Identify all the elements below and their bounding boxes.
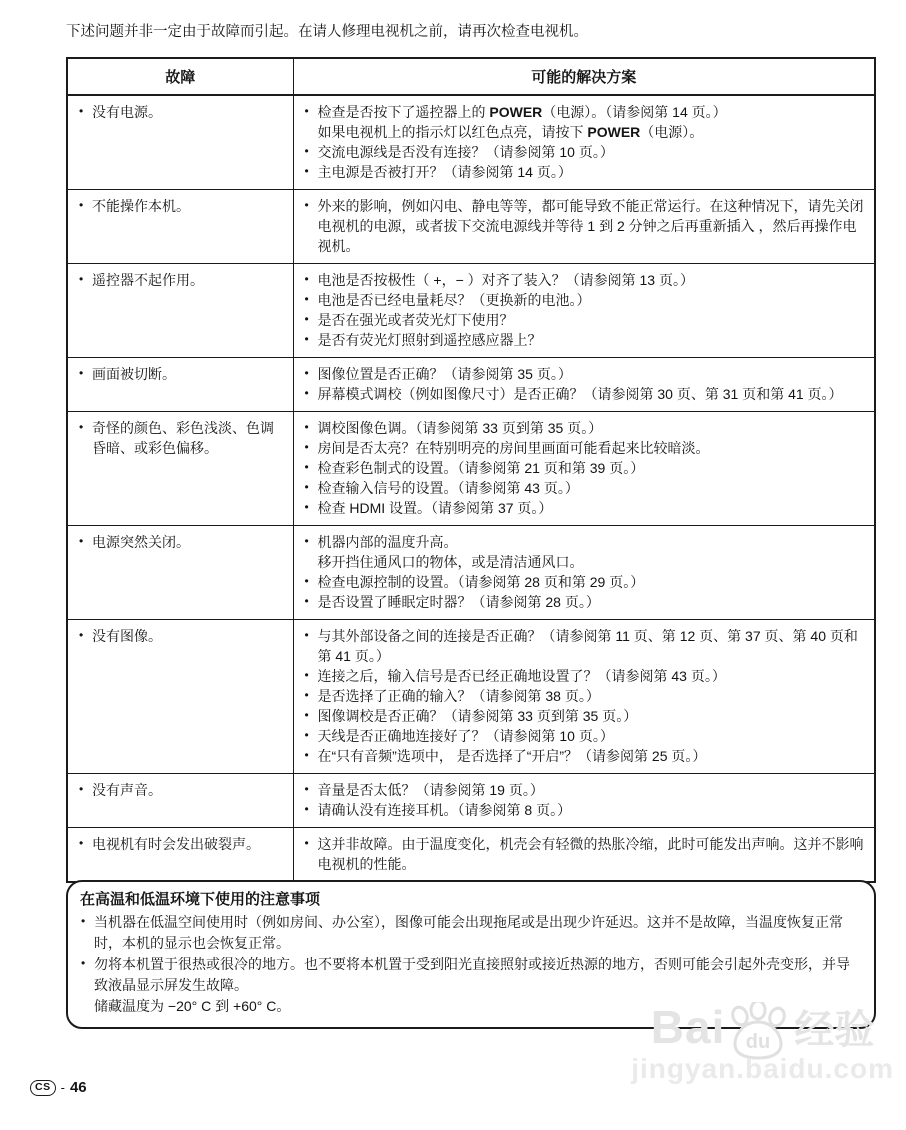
solutions-cell: •图像位置是否正确？（请参阅第 35 页。）•屏幕模式调校（例如图像尺寸）是否正… [293,358,875,412]
list-item: •图像调校是否正确？（请参阅第 33 页到第 35 页。） [304,706,867,726]
bullet-marker: • [79,101,83,121]
text-segment: 电池是否按极性（ +，− ）对齐了装入？（请参阅第 13 页。） [318,272,694,288]
solutions-cell: •检查是否按下了遥控器上的 POWER（电源）。（请参阅第 14 页。） 如果电… [293,95,875,190]
list-item: •天线是否正确地连接好了？（请参阅第 10 页。） [304,726,867,746]
watermark-brand-text: Bai [651,1000,726,1054]
bullet-marker: • [305,833,309,853]
text-segment: 图像调校是否正确？（请参阅第 33 页到第 35 页。） [318,708,638,724]
text-segment: 是否有荧光灯照射到遥控感应器上？ [318,332,542,348]
bullet-marker: • [305,625,309,645]
bullet-marker: • [305,725,309,745]
bullet-marker: • [305,161,309,181]
fault-text: 画面被切断。 [92,366,176,382]
footer-separator: - [61,1080,65,1095]
table-row: •电视机有时会发出破裂声。•这并非故障。由于温度变化，机壳会有轻微的热胀冷缩，此… [67,828,875,883]
text-segment: 图像位置是否正确？（请参阅第 35 页。） [318,366,572,382]
solutions-cell: •与其外部设备之间的连接是否正确？（请参阅第 11 页、第 12 页、第 37 … [293,620,875,774]
list-item: •电视机有时会发出破裂声。 [78,834,285,854]
text-segment: 是否设置了睡眠定时器？（请参阅第 28 页。） [318,594,600,610]
table-row: •奇怪的颜色、彩色浅淡、色调昏暗、或彩色偏移。•调校图像色调。（请参阅第 33 … [67,412,875,526]
fault-cell: •电源突然关闭。 [67,526,293,620]
solutions-cell: •音量是否太低？（请参阅第 19 页。）•请确认没有连接耳机。（请参阅第 8 页… [293,774,875,828]
text-segment: 是否在强光或者荧光灯下使用？ [318,312,514,328]
bullet-marker: • [305,571,309,591]
bullet-marker: • [305,195,309,215]
list-item: •检查 HDMI 设置。（请参阅第 37 页。） [304,498,867,518]
solutions-cell: •这并非故障。由于温度变化，机壳会有轻微的热胀冷缩，此时可能发出声响。这并不影响… [293,828,875,883]
bullet-marker: • [79,269,83,289]
text-segment: 音量是否太低？（请参阅第 19 页。） [318,782,544,798]
text-segment: 检查输入信号的设置。（请参阅第 43 页。） [318,480,579,496]
list-item: •当机器在低温空间使用时（例如房间、办公室），图像可能会出现拖尾或是出现少许延迟… [80,912,860,954]
list-item: •图像位置是否正确？（请参阅第 35 页。） [304,364,867,384]
fault-cell: •不能操作本机。 [67,190,293,264]
fault-text: 没有图像。 [92,628,162,644]
text-segment: （电源）。 [640,124,703,140]
fault-text: 电源突然关闭。 [92,534,190,550]
list-item: •是否有荧光灯照射到遥控感应器上？ [304,330,867,350]
table-row: •画面被切断。•图像位置是否正确？（请参阅第 35 页。）•屏幕模式调校（例如图… [67,358,875,412]
list-item: •这并非故障。由于温度变化，机壳会有轻微的热胀冷缩，此时可能发出声响。这并不影响… [304,834,867,874]
column-header-solutions: 可能的解决方案 [293,58,875,95]
text-segment: 检查 HDMI 设置。（请参阅第 37 页。） [318,500,553,516]
list-item: •没有电源。 [78,102,285,122]
text-segment: 房间是否太亮？在特别明亮的房间里画面可能看起来比较暗淡。 [318,440,710,456]
bullet-marker: • [305,383,309,403]
language-code-badge: CS [30,1080,56,1096]
bullet-marker: • [305,665,309,685]
bullet-marker: • [79,625,83,645]
text-segment: 天线是否正确地连接好了？（请参阅第 10 页。） [318,728,614,744]
page-number: 46 [70,1079,87,1096]
list-item: •音量是否太低？（请参阅第 19 页。） [304,780,867,800]
bullet-marker: • [305,591,309,611]
text-segment: 检查是否按下了遥控器上的 [318,104,490,120]
fault-text: 没有电源。 [92,104,162,120]
list-item: •检查是否按下了遥控器上的 POWER（电源）。（请参阅第 14 页。） 如果电… [304,102,867,142]
list-item: •电池是否已经电量耗尽？（更换新的电池。） [304,290,867,310]
text-segment: 外来的影响，例如闪电、静电等等，都可能导致不能正常运行。在这种情况下，请先关闭电… [318,198,864,254]
text-segment: 调校图像色调。（请参阅第 33 页到第 35 页。） [318,420,603,436]
table-row: •没有电源。•检查是否按下了遥控器上的 POWER（电源）。（请参阅第 14 页… [67,95,875,190]
watermark-url: jingyan.baidu.com [631,1053,894,1085]
column-header-fault: 故障 [67,58,293,95]
text-segment: 在“只有音频”选项中， 是否选择了“开启”？（请参阅第 25 页。） [318,748,707,764]
text-segment: 请确认没有连接耳机。（请参阅第 8 页。） [318,802,572,818]
bullet-marker: • [305,363,309,383]
bullet-marker: • [305,141,309,161]
table-row: •没有声音。•音量是否太低？（请参阅第 19 页。）•请确认没有连接耳机。（请参… [67,774,875,828]
text-segment: 电池是否已经电量耗尽？（更换新的电池。） [318,292,591,308]
list-item: •不能操作本机。 [78,196,285,216]
bullet-marker: • [79,363,83,383]
list-item: •主电源是否被打开？（请参阅第 14 页。） [304,162,867,182]
bullet-marker: • [305,457,309,477]
baidu-jingyan-watermark: Bai du 经验 jingyan.baidu.com [631,998,894,1085]
fault-cell: •电视机有时会发出破裂声。 [67,828,293,883]
list-item: •连接之后，输入信号是否已经正确地设置了？（请参阅第 43 页。） [304,666,867,686]
list-item: •画面被切断。 [78,364,285,384]
list-item: •交流电源线是否没有连接？（请参阅第 10 页。） [304,142,867,162]
text-segment: 机器内部的温度升高。 移开挡住通风口的物体，或是清洁通风口。 [318,534,584,570]
list-item: •奇怪的颜色、彩色浅淡、色调昏暗、或彩色偏移。 [78,418,285,458]
text-segment: 检查电源控制的设置。（请参阅第 28 页和第 29 页。） [318,574,645,590]
table-row: •没有图像。•与其外部设备之间的连接是否正确？（请参阅第 11 页、第 12 页… [67,620,875,774]
fault-cell: •画面被切断。 [67,358,293,412]
bullet-marker: • [305,309,309,329]
table-row: •遥控器不起作用。•电池是否按极性（ +，− ）对齐了装入？（请参阅第 13 页… [67,264,875,358]
fault-text: 遥控器不起作用。 [92,272,204,288]
list-item: •检查电源控制的设置。（请参阅第 28 页和第 29 页。） [304,572,867,592]
text-segment: 这并非故障。由于温度变化，机壳会有轻微的热胀冷缩，此时可能发出声响。这并不影响电… [318,836,864,872]
bullet-marker: • [305,437,309,457]
bullet-marker: • [79,417,83,437]
list-item: •外来的影响，例如闪电、静电等等，都可能导致不能正常运行。在这种情况下，请先关闭… [304,196,867,256]
watermark-brand-cn: 经验 [794,998,874,1055]
solutions-cell: •电池是否按极性（ +，− ）对齐了装入？（请参阅第 13 页。）•电池是否已经… [293,264,875,358]
bullet-marker: • [305,289,309,309]
list-item: •与其外部设备之间的连接是否正确？（请参阅第 11 页、第 12 页、第 37 … [304,626,867,666]
text-segment: POWER [587,124,640,140]
text-segment: 主电源是否被打开？（请参阅第 14 页。） [318,164,572,180]
text-segment: 交流电源线是否没有连接？（请参阅第 10 页。） [318,144,614,160]
bullet-marker: • [79,779,83,799]
bullet-marker: • [305,417,309,437]
text-segment: 与其外部设备之间的连接是否正确？（请参阅第 11 页、第 12 页、第 37 页… [318,628,858,664]
bullet-marker: • [305,685,309,705]
watermark-paw-text: du [746,1031,770,1053]
list-item: •遥控器不起作用。 [78,270,285,290]
fault-text: 没有声音。 [92,782,162,798]
table-row: •电源突然关闭。•机器内部的温度升高。 移开挡住通风口的物体，或是清洁通风口。•… [67,526,875,620]
intro-text: 下述问题并非一定由于故障而引起。在请人修理电视机之前，请再次检查电视机。 [66,22,866,42]
bullet-marker: • [305,799,309,819]
list-item: •房间是否太亮？在特别明亮的房间里画面可能看起来比较暗淡。 [304,438,867,458]
bullet-marker: • [79,531,83,551]
bullet-marker: • [305,745,309,765]
text-segment: 检查彩色制式的设置。（请参阅第 21 页和第 39 页。） [318,460,645,476]
solutions-cell: •机器内部的温度升高。 移开挡住通风口的物体，或是清洁通风口。•检查电源控制的设… [293,526,875,620]
list-item: •调校图像色调。（请参阅第 33 页到第 35 页。） [304,418,867,438]
bullet-marker: • [79,195,83,215]
bullet-marker: • [305,101,309,121]
text-segment: 屏幕模式调校（例如图像尺寸）是否正确？（请参阅第 30 页、第 31 页和第 4… [318,386,843,402]
list-item: •机器内部的温度升高。 移开挡住通风口的物体，或是清洁通风口。 [304,532,867,572]
fault-text: 不能操作本机。 [92,198,190,214]
fault-cell: •没有声音。 [67,774,293,828]
bullet-marker: • [305,779,309,799]
fault-cell: •遥控器不起作用。 [67,264,293,358]
bullet-marker: • [305,329,309,349]
bullet-marker: • [81,911,85,932]
notice-title: 在高温和低温环境下使用的注意事项 [80,889,860,911]
text-segment: POWER [489,104,542,120]
text-segment: 是否选择了正确的输入？（请参阅第 38 页。） [318,688,600,704]
table-row: •不能操作本机。•外来的影响，例如闪电、静电等等，都可能导致不能正常运行。在这种… [67,190,875,264]
list-item: •检查彩色制式的设置。（请参阅第 21 页和第 39 页。） [304,458,867,478]
list-item: •屏幕模式调校（例如图像尺寸）是否正确？（请参阅第 30 页、第 31 页和第 … [304,384,867,404]
list-item: •是否设置了睡眠定时器？（请参阅第 28 页。） [304,592,867,612]
list-item: •请确认没有连接耳机。（请参阅第 8 页。） [304,800,867,820]
text-segment: 连接之后，输入信号是否已经正确地设置了？（请参阅第 43 页。） [318,668,726,684]
list-item: •没有声音。 [78,780,285,800]
fault-text: 电视机有时会发出破裂声。 [92,836,260,852]
troubleshooting-table: 故障 可能的解决方案 •没有电源。•检查是否按下了遥控器上的 POWER（电源）… [66,57,876,883]
text-segment: 当机器在低温空间使用时（例如房间、办公室），图像可能会出现拖尾或是出现少许延迟。… [94,914,843,951]
list-item: •没有图像。 [78,626,285,646]
list-item: •在“只有音频”选项中， 是否选择了“开启”？（请参阅第 25 页。） [304,746,867,766]
fault-cell: •奇怪的颜色、彩色浅淡、色调昏暗、或彩色偏移。 [67,412,293,526]
solutions-cell: •调校图像色调。（请参阅第 33 页到第 35 页。）•房间是否太亮？在特别明亮… [293,412,875,526]
bullet-marker: • [305,497,309,517]
bullet-marker: • [79,833,83,853]
fault-cell: •没有图像。 [67,620,293,774]
list-item: •是否在强光或者荧光灯下使用？ [304,310,867,330]
list-item: •是否选择了正确的输入？（请参阅第 38 页。） [304,686,867,706]
page-footer: CS - 46 [30,1079,87,1096]
troubleshooting-table-body: •没有电源。•检查是否按下了遥控器上的 POWER（电源）。（请参阅第 14 页… [67,95,875,882]
bullet-marker: • [305,705,309,725]
bullet-marker: • [305,477,309,497]
fault-text: 奇怪的颜色、彩色浅淡、色调昏暗、或彩色偏移。 [92,420,274,456]
solutions-cell: •外来的影响，例如闪电、静电等等，都可能导致不能正常运行。在这种情况下，请先关闭… [293,190,875,264]
fault-cell: •没有电源。 [67,95,293,190]
list-item: •电源突然关闭。 [78,532,285,552]
paw-icon: du [727,1002,789,1060]
table-header-row: 故障 可能的解决方案 [67,58,875,95]
bullet-marker: • [305,531,309,551]
bullet-marker: • [81,953,85,974]
list-item: •检查输入信号的设置。（请参阅第 43 页。） [304,478,867,498]
list-item: •电池是否按极性（ +，− ）对齐了装入？（请参阅第 13 页。） [304,270,867,290]
bullet-marker: • [305,269,309,289]
